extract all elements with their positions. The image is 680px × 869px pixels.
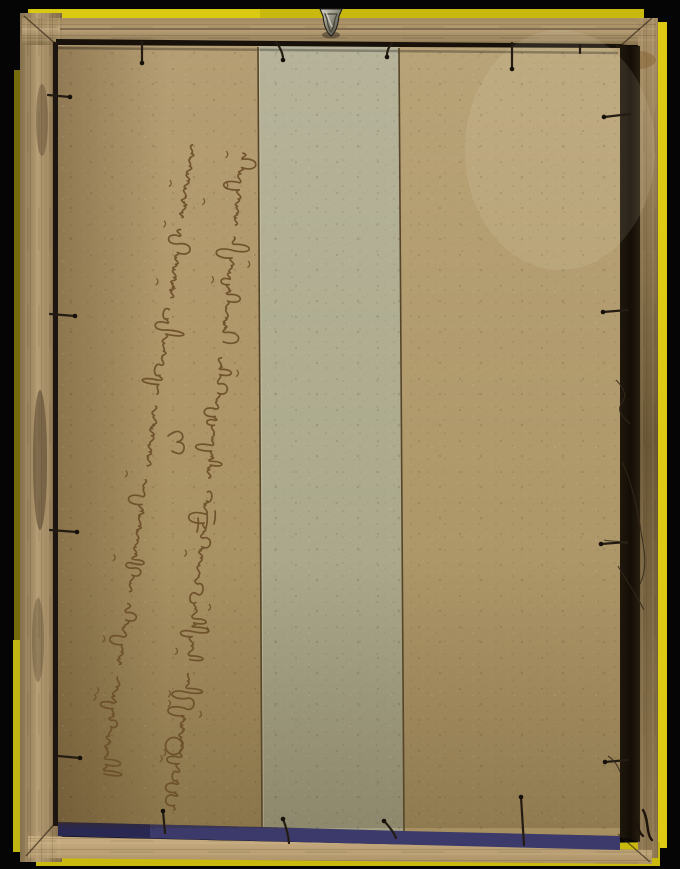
wood-stain: [32, 598, 44, 682]
nail-head: [602, 115, 607, 120]
nail-head: [78, 756, 83, 761]
nail-head: [281, 817, 286, 822]
nail-head: [75, 530, 80, 535]
nail-head: [603, 760, 608, 765]
nail-head: [73, 314, 78, 319]
nail-head: [68, 95, 73, 100]
wood-stain: [36, 84, 48, 156]
wood-stain: [33, 390, 47, 530]
nail-head: [382, 819, 387, 824]
nail-head: [599, 542, 604, 547]
nail-head: [510, 67, 515, 72]
nail-head: [519, 795, 524, 800]
nail-head: [385, 55, 390, 60]
frame-back-illustration: [0, 0, 680, 869]
nail-head: [281, 58, 286, 63]
nail-head: [161, 809, 166, 814]
wood-grain-line: [60, 28, 640, 30]
nail-head: [601, 310, 606, 315]
photo-frame-back: [0, 0, 680, 869]
cardboard-speckle-coarse: [58, 46, 620, 830]
nail-head: [140, 61, 145, 66]
